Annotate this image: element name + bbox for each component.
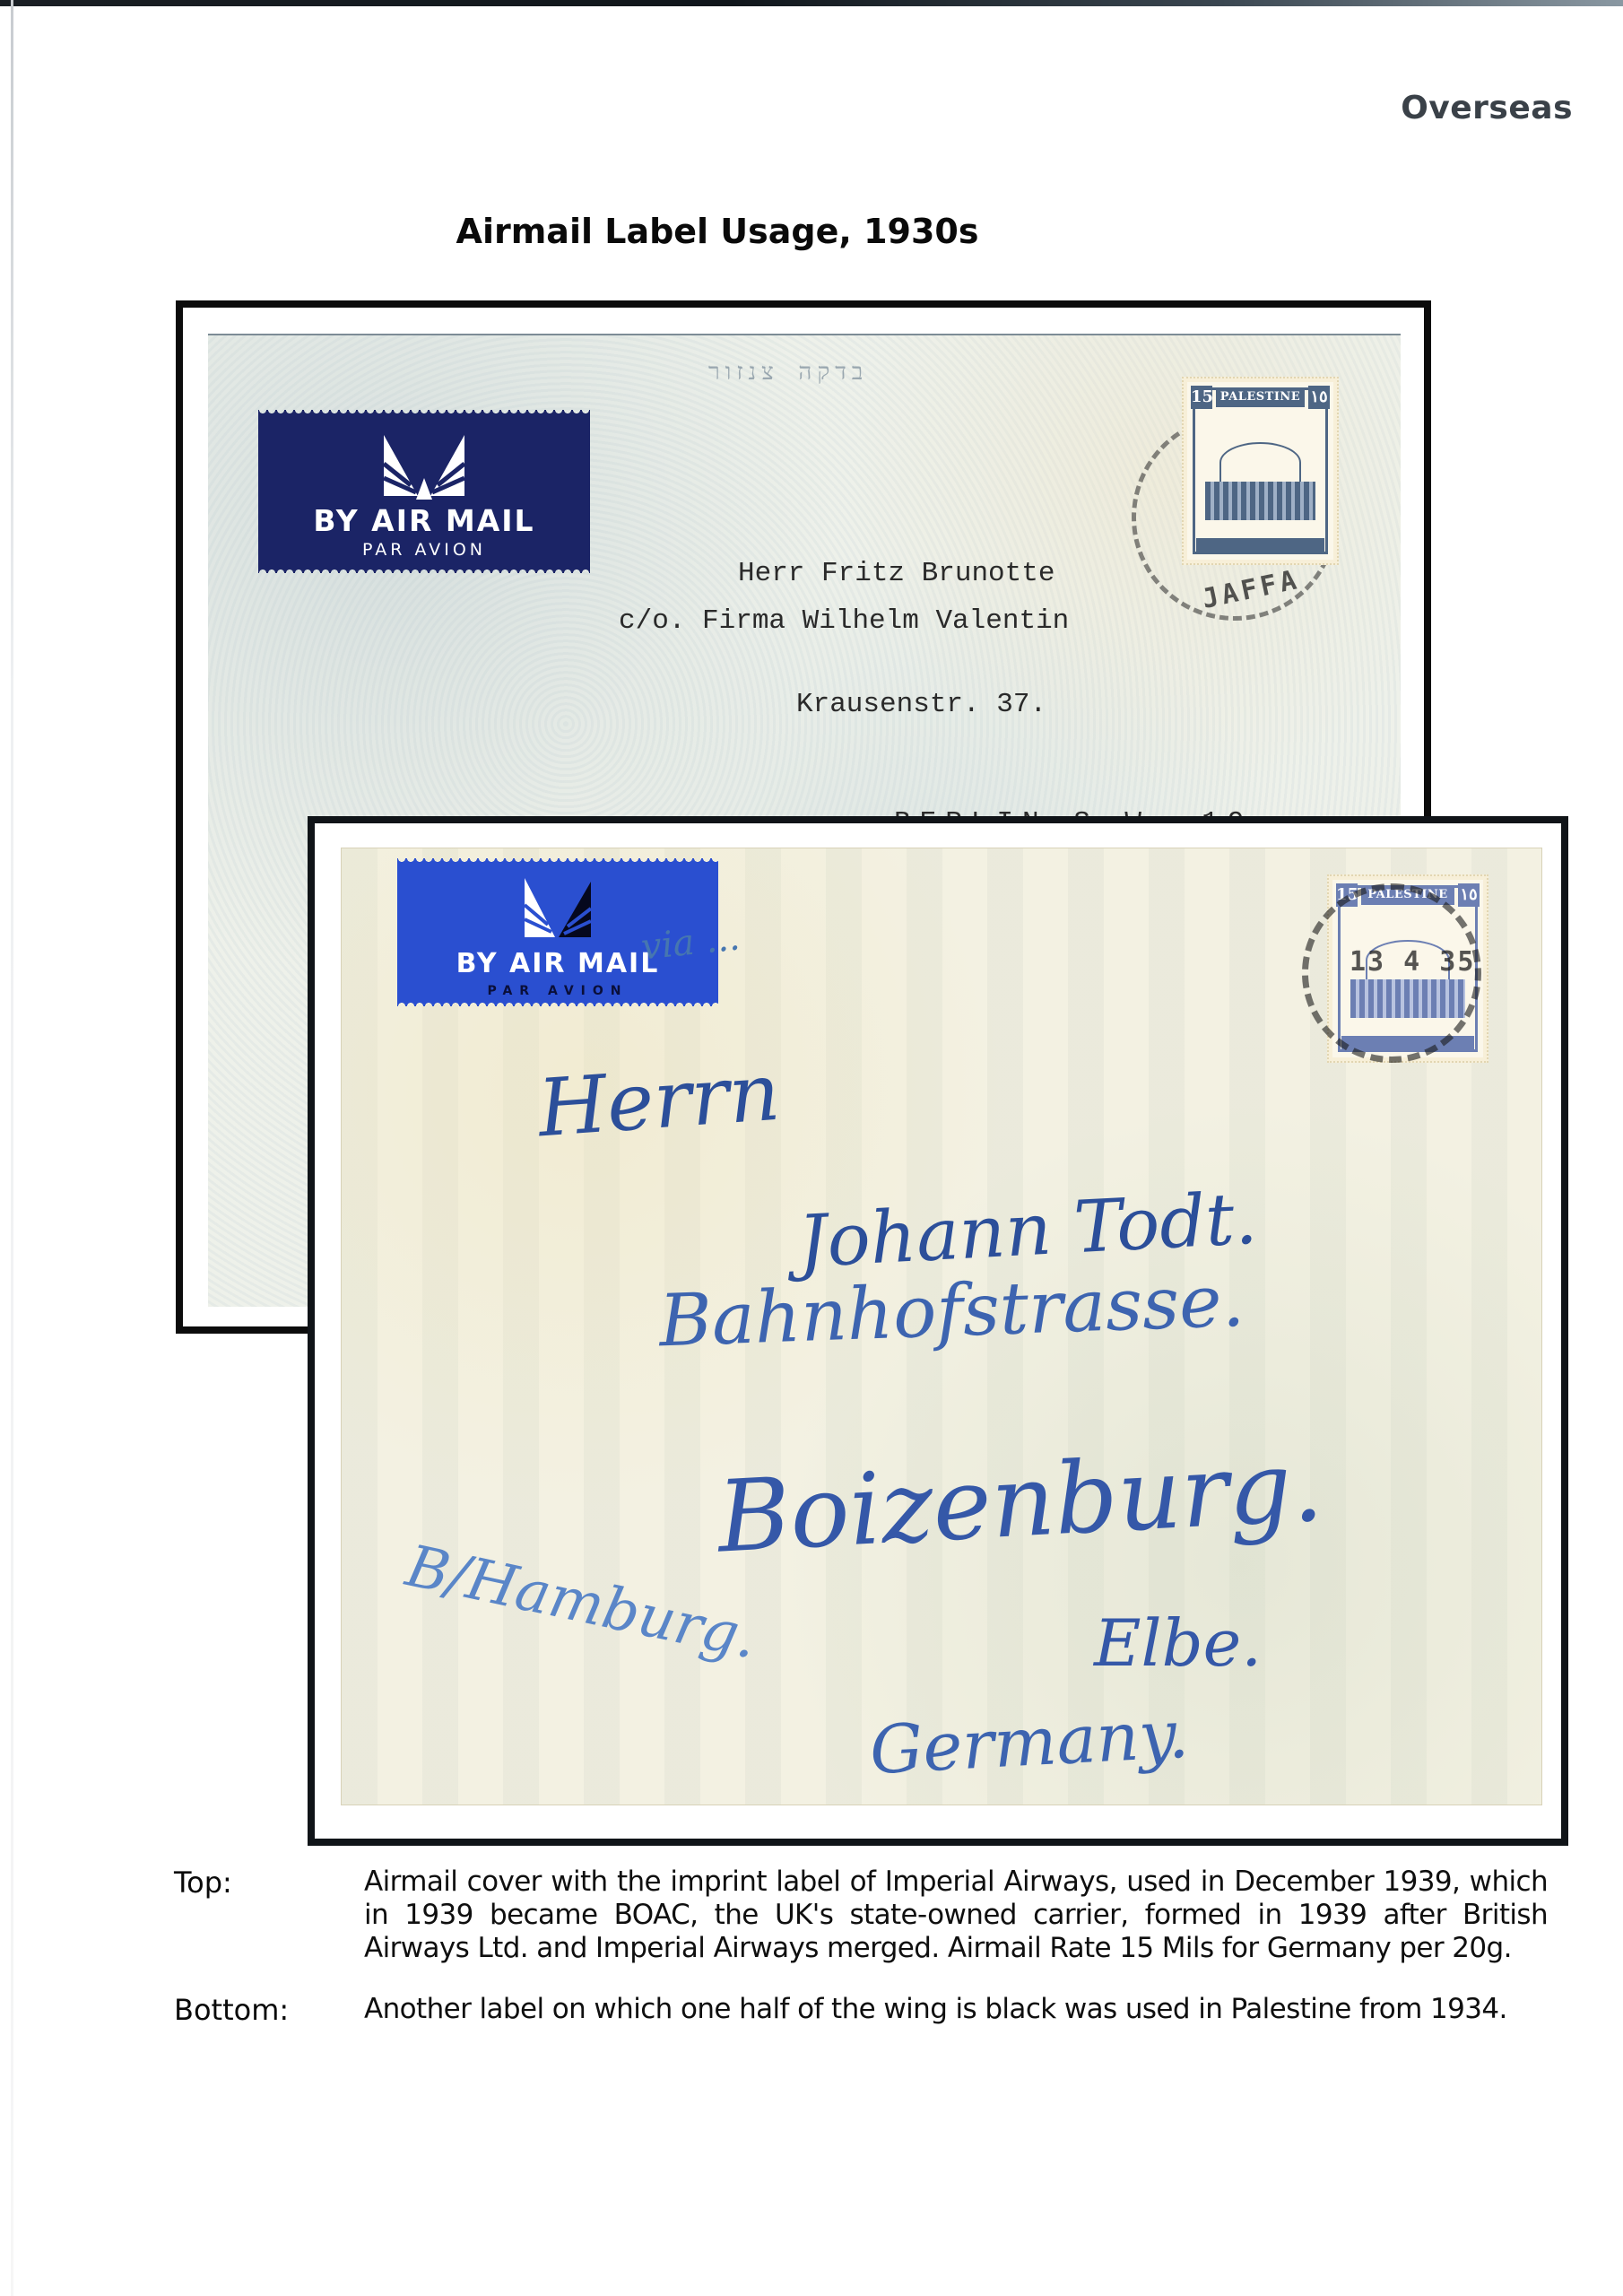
caption-text: Another label on which one half of the w… bbox=[364, 1993, 1548, 2026]
label-main-text: BY AIR MAIL bbox=[258, 503, 590, 538]
stamp-bottom-tab bbox=[1196, 538, 1324, 554]
stamp-value-left: 15 bbox=[1191, 386, 1212, 409]
handwritten-line: Herrn bbox=[535, 1046, 783, 1155]
label-sub-text: PAR AVION bbox=[258, 540, 590, 560]
scan-edge-top bbox=[0, 0, 1623, 6]
building-icon bbox=[1205, 482, 1316, 521]
caption-label: Top: bbox=[174, 1865, 232, 1900]
label-sub-text: PAR AVION bbox=[397, 984, 718, 998]
stamp-value-right: ١٥ bbox=[1458, 883, 1480, 907]
address-line: Herr Fritz Brunotte bbox=[738, 558, 1055, 589]
dome-of-the-rock-icon bbox=[1219, 442, 1301, 483]
airmail-label-top: BY AIR MAIL PAR AVION bbox=[258, 410, 590, 573]
caption-text: Airmail cover with the imprint label of … bbox=[364, 1865, 1548, 1965]
stamp-value-right: ١٥ bbox=[1308, 386, 1330, 409]
handwritten-line: Elbe. bbox=[1094, 1605, 1262, 1681]
censor-mark: בדקה צנזור bbox=[708, 359, 868, 386]
caption-label: Bottom: bbox=[174, 1993, 289, 2027]
scan-edge-left bbox=[11, 0, 13, 2296]
section-label: Overseas bbox=[1401, 90, 1573, 126]
wings-half-black-icon bbox=[523, 878, 593, 941]
wings-icon bbox=[384, 435, 464, 500]
stamp-top: 15 PALESTINE ١٥ bbox=[1182, 377, 1339, 565]
stamp-country: PALESTINE bbox=[1216, 387, 1305, 407]
address-line: c/o. Firma Wilhelm Valentin bbox=[619, 605, 1069, 637]
postmark-bottom-text: 13 4 35 bbox=[1350, 946, 1475, 978]
address-line: Krausenstr. 37. bbox=[796, 689, 1046, 720]
page-title: Airmail Label Usage, 1930s bbox=[0, 212, 1623, 251]
